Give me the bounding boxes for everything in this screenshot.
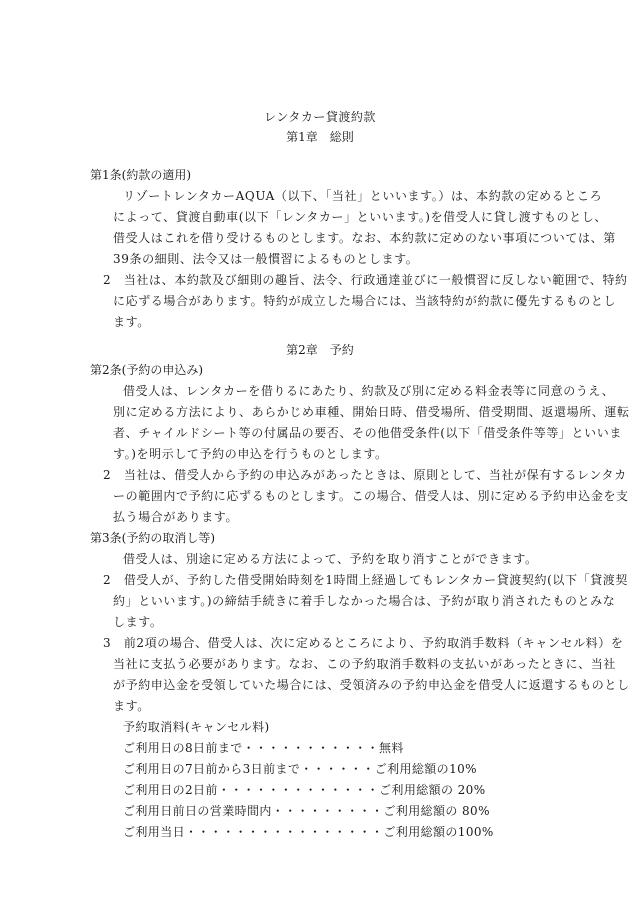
paragraph-line: が予約申込金を受領していた場合には、受領済みの予約申込金を借受人に返還するものと… xyxy=(113,675,630,695)
article-heading: 第3条(予約の取消し等) xyxy=(90,528,215,548)
paragraph-line: 39条の細則、法令又は一般慣習によるものとします。 xyxy=(113,249,418,269)
document-title: レンタカー貸渡約款 xyxy=(0,107,640,127)
article-heading: 第1条(約款の適用) xyxy=(90,165,191,185)
article-heading: 第2条(予約の申込み) xyxy=(90,360,203,380)
paragraph-line: ます。 xyxy=(113,696,150,716)
paragraph-line: 者、チャイルドシート等の付属品の要否、その他借受条件(以下「借受条件等等」といい… xyxy=(113,423,622,443)
document-page: レンタカー貸渡約款 第1章 総則 第1条(約款の適用) リゾートレンタカーAQU… xyxy=(0,0,640,906)
chapter-heading: 第1章 総則 xyxy=(0,127,640,147)
fee-table-row: ご利用当日・・・・・・・・・・・・・・・・ご利用総額の100% xyxy=(123,822,494,842)
paragraph-line: 借受人は、別途に定める方法によって、予約を取り消すことができます。 xyxy=(123,549,538,569)
numbered-paragraph-line: 2 借受人が、予約した借受開始時刻を1時間上経過してもレンタカー貸渡契約(以下「… xyxy=(103,570,628,590)
fee-table-row: ご利用日前日の営業時間内・・・・・・・・・ご利用総額の 80% xyxy=(123,801,490,821)
paragraph-line: ます。 xyxy=(113,312,150,332)
fee-table-heading: 予約取消料(キャンセル料) xyxy=(123,717,270,737)
fee-table-row: ご利用日の2日前・・・・・・・・・・・・・ご利用総額の 20% xyxy=(123,780,486,800)
paragraph-line: します。 xyxy=(113,612,162,632)
paragraph-line: 当社に支払う必要があります。なお、この予約取消手数料の支払いがあったときに、当社 xyxy=(113,654,616,674)
paragraph-line: リゾートレンタカーAQUA（以下、「当社」といいます。）は、本約款の定めるところ xyxy=(123,186,602,206)
fee-table-row: ご利用日の7日前から3日前まで・・・・・・ご利用総額の10% xyxy=(123,759,477,779)
numbered-paragraph-line: 2 当社は、借受人から予約の申込みがあったときは、原則として、当社が保有するレン… xyxy=(103,465,627,485)
numbered-paragraph-line: 2 当社は、本約款及び細則の趣旨、法令、行政通達並びに一般慣習に反しない範囲で、… xyxy=(103,270,628,290)
numbered-paragraph-line: 3 前2項の場合、借受人は、次に定めるところにより、予約取消手数料（キャンセル料… xyxy=(103,633,623,653)
chapter-heading: 第2章 予約 xyxy=(0,340,640,360)
paragraph-line: 約」といいます。)の締結手続きに着手しなかった場合は、予約が取り消されたものとみ… xyxy=(113,591,615,611)
paragraph-line: に応ずる場合があります。特約が成立した場合には、当該特約が約款に優先するものとし xyxy=(113,291,616,311)
paragraph-line: 借受人はこれを借り受けるものとします。なお、本約款に定めのない事項については、第 xyxy=(113,228,616,248)
paragraph-line: によって、貸渡自動車(以下「レンタカー」といいます。)を借受人に貸し渡すものとし… xyxy=(113,207,607,227)
paragraph-line: 借受人は、レンタカーを借りるにあたり、約款及び別に定める料金表等に同意のうえ、 xyxy=(123,381,614,401)
fee-table-row: ご利用日の8日前まで・・・・・・・・・・・無料 xyxy=(123,738,404,758)
paragraph-line: 払う場合があります。 xyxy=(113,507,238,527)
paragraph-line: す。)を明示して予約の申込を行うものとします。 xyxy=(113,444,388,464)
paragraph-line: ーの範囲内で予約に応ずるものとします。この場合、借受人は、別に定める予約申込金を… xyxy=(113,486,629,506)
paragraph-line: 別に定める方法により、あらかじめ車種、開始日時、借受場所、借受期間、返還場所、運… xyxy=(113,402,630,422)
